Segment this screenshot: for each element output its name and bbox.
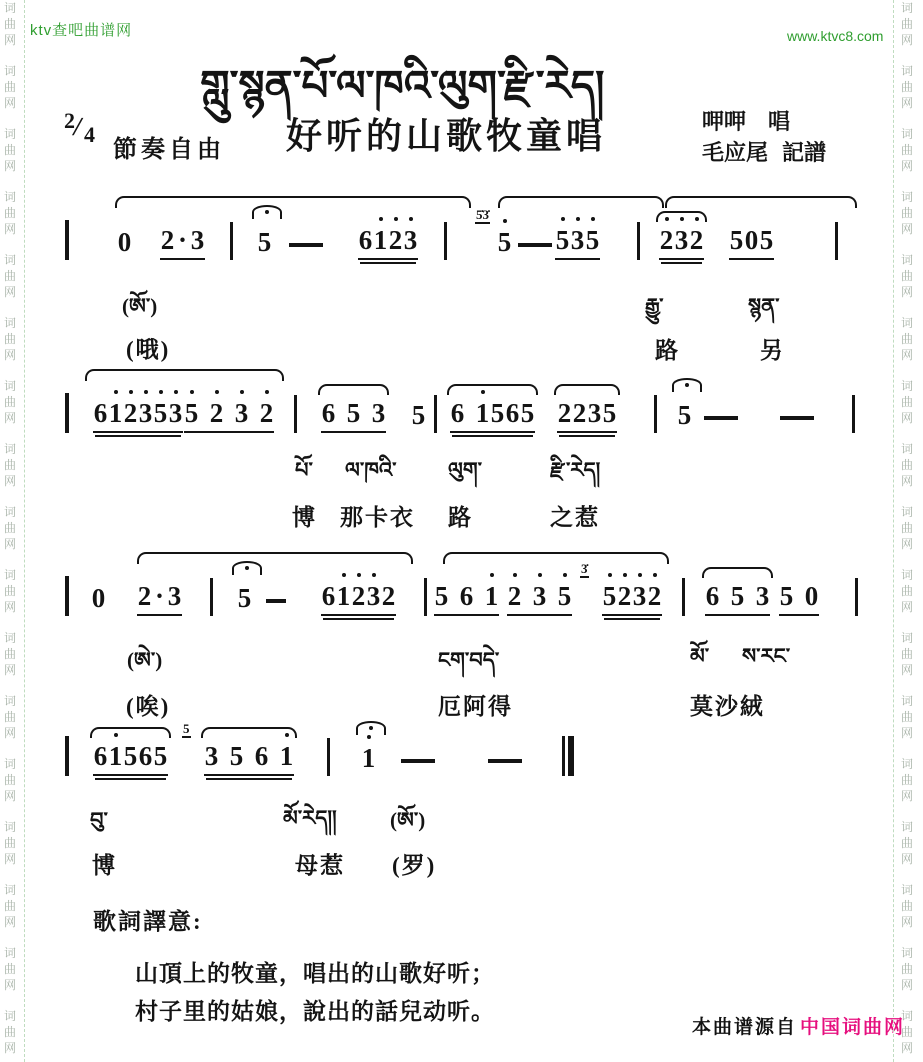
note-group: 6123 xyxy=(358,225,418,260)
note-digit: 1 xyxy=(108,398,123,428)
note-digit: 1 xyxy=(373,225,388,255)
note-space xyxy=(720,581,730,611)
octave-dot xyxy=(379,217,383,221)
note-digit: 0 xyxy=(91,583,106,613)
note-group: 61565 xyxy=(93,741,168,776)
note-digit: 5 xyxy=(520,398,535,428)
lyric-chinese: 厄阿得 xyxy=(438,688,513,721)
lyric-chinese: 母惹 xyxy=(295,847,345,880)
note-digit: 5 xyxy=(602,581,617,611)
watermark-text: 词曲网 xyxy=(901,315,923,363)
note-digit: 5 xyxy=(729,225,744,255)
watermark-text: 词曲网 xyxy=(4,819,24,867)
note-group: 5 xyxy=(257,227,272,260)
note-group: 6 5 3 xyxy=(321,398,386,433)
note-group: 6 5 3 xyxy=(705,581,770,616)
note-group: 2·3 xyxy=(160,225,205,260)
watermark-text: 词曲网 xyxy=(901,0,923,48)
note-space xyxy=(199,398,209,428)
phrase-slur xyxy=(115,196,471,208)
watermark-text: 词曲网 xyxy=(4,1008,24,1056)
note-group: 612353 xyxy=(93,398,183,433)
grace-notes: 5̇3̇ xyxy=(475,208,490,224)
note-digit: 5 xyxy=(759,225,774,255)
barline xyxy=(682,578,685,616)
note-digit: · xyxy=(152,581,167,611)
slur-arc xyxy=(90,727,171,738)
sustain-dash xyxy=(518,243,552,247)
lyric-tibetan: མོ་རེད།། xyxy=(283,795,337,854)
sheet-music-page: { "page": { "green": "#2f9e2f", "pink": … xyxy=(0,0,923,1062)
slur-arc xyxy=(702,567,773,578)
barline xyxy=(444,222,447,260)
octave-dot xyxy=(576,217,580,221)
note-space xyxy=(547,581,557,611)
octave-dot xyxy=(357,573,361,577)
note-digit: 3 xyxy=(403,225,418,255)
watermark-text: 词曲网 xyxy=(4,630,24,678)
note-group: 5 0 xyxy=(779,581,819,616)
lyric-tibetan: ལ་ཁའི་ xyxy=(345,447,397,506)
watermark-text: 词曲网 xyxy=(4,0,24,48)
watermark-text: 词曲网 xyxy=(901,756,923,804)
grace-notes: 3̇ xyxy=(580,562,589,578)
octave-dot xyxy=(680,217,684,221)
watermark-text: 词曲网 xyxy=(901,567,923,615)
barline xyxy=(852,395,855,433)
watermark-text: 词曲网 xyxy=(4,693,24,741)
note-digit: 1 xyxy=(279,741,294,771)
source-site-link[interactable]: 中国词曲网 xyxy=(800,1012,905,1039)
watermark-text: 词曲网 xyxy=(4,189,24,237)
sustain-dash xyxy=(401,759,435,763)
note-digit: 5 xyxy=(555,225,570,255)
note-digit: 6 xyxy=(459,581,474,611)
note-group: 0 xyxy=(117,227,132,260)
note-group: 6 1565 xyxy=(450,398,535,433)
watermark-text: 词曲网 xyxy=(4,315,24,363)
lyric-chinese: 路 xyxy=(448,499,473,532)
note-digit: 6 xyxy=(138,741,153,771)
note-digit: 5 xyxy=(490,398,505,428)
watermark-text: 词曲网 xyxy=(901,252,923,300)
note-digit: 6 xyxy=(93,741,108,771)
note-digit: 3 xyxy=(674,225,689,255)
note-digit: 5 xyxy=(184,398,199,428)
lyric-chinese: 博 xyxy=(292,499,317,532)
note-space xyxy=(244,741,254,771)
note-group: 61232 xyxy=(321,581,396,616)
note-digit: 0 xyxy=(804,581,819,611)
octave-dot xyxy=(174,390,178,394)
octave-dot xyxy=(342,573,346,577)
note-group: 535 xyxy=(555,225,600,260)
octave-dot xyxy=(114,390,118,394)
barline xyxy=(654,395,657,433)
note-space xyxy=(465,398,475,428)
note-digit: 2 xyxy=(381,581,396,611)
octave-dot xyxy=(608,573,612,577)
time-signature: 2 / 4 xyxy=(64,110,106,150)
barline xyxy=(855,578,858,616)
note-digit: 6 xyxy=(321,581,336,611)
note-digit: 1 xyxy=(108,741,123,771)
note-digit: 2 xyxy=(388,225,403,255)
octave-dot xyxy=(129,390,133,394)
watermark-text: 词曲网 xyxy=(901,441,923,489)
octave-dot xyxy=(623,573,627,577)
octave-dot xyxy=(409,217,413,221)
note-digit: 3 xyxy=(234,398,249,428)
watermark-text: 词曲网 xyxy=(901,1008,923,1056)
note-digit: 1 xyxy=(475,398,490,428)
note-space xyxy=(745,581,755,611)
note-group: 2 3 5 xyxy=(507,581,572,616)
octave-dot xyxy=(265,390,269,394)
credit-singer: 呷呷唱 xyxy=(702,106,826,137)
note-digit: 5 xyxy=(229,741,244,771)
octave-dot xyxy=(114,733,118,737)
note-group: 5 xyxy=(411,400,426,433)
note-digit: 2 xyxy=(137,581,152,611)
watermark-column-left: 词曲网词曲网词曲网词曲网词曲网词曲网词曲网词曲网词曲网词曲网词曲网词曲网词曲网词… xyxy=(0,0,25,1062)
note-digit: 5 xyxy=(153,398,168,428)
note-group: 232 xyxy=(659,225,704,260)
note-space xyxy=(474,581,484,611)
note-digit: 3 xyxy=(371,398,386,428)
music-system-1: 02·3561235̇3̇5535232505 xyxy=(65,212,875,260)
note-digit: 2 xyxy=(659,225,674,255)
lyric-tibetan: ས་རང་ xyxy=(742,633,790,692)
note-digit: 3 xyxy=(167,581,182,611)
lyric-tibetan: པོ་ xyxy=(295,447,313,506)
note-space xyxy=(449,581,459,611)
music-system-2: 6123535 2 3 26 5 356 156522355 xyxy=(65,385,875,433)
barline xyxy=(434,395,437,433)
lyric-chinese: 路 xyxy=(655,332,680,365)
watermark-text: 词曲网 xyxy=(901,63,923,111)
barline xyxy=(65,736,69,776)
sustain-dash xyxy=(266,599,286,603)
note-digit: 5 xyxy=(123,741,138,771)
octave-dot xyxy=(513,573,517,577)
watermark-text: 词曲网 xyxy=(4,63,24,111)
watermark-column-right: 词曲网词曲网词曲网词曲网词曲网词曲网词曲网词曲网词曲网词曲网词曲网词曲网词曲网词… xyxy=(893,0,923,1062)
lyric-chinese: 那卡衣 xyxy=(340,499,415,532)
phrase-slur xyxy=(85,369,284,381)
phrase-slur xyxy=(498,196,664,208)
note-digit: 5 xyxy=(411,400,426,430)
lyric-tibetan: རྫི་རེད། xyxy=(550,447,600,506)
lyric-chinese: (罗) xyxy=(392,847,436,880)
note-group: 2235 xyxy=(557,398,617,433)
note-digit: 5 xyxy=(434,581,449,611)
octave-dot xyxy=(638,573,642,577)
note-digit: 2 xyxy=(351,581,366,611)
barline xyxy=(230,222,233,260)
lyric-tibetan: ལུག་ xyxy=(448,447,482,506)
final-barline xyxy=(562,736,574,776)
phrase-slur xyxy=(665,196,857,208)
site-url-link[interactable]: www.ktvc8.com xyxy=(787,28,883,44)
credit-notator: 毛应尾記譜 xyxy=(702,137,826,168)
watermark-text: 词曲网 xyxy=(4,252,24,300)
note-digit: 5 xyxy=(257,227,272,257)
site-name-link[interactable]: ktv查吧曲谱网 xyxy=(30,22,132,40)
octave-dot xyxy=(563,573,567,577)
octave-dot xyxy=(367,735,371,739)
barline xyxy=(65,576,69,616)
watermark-text: 词曲网 xyxy=(4,126,24,174)
octave-dot xyxy=(665,217,669,221)
note-space xyxy=(336,398,346,428)
lyric-chinese: 之惹 xyxy=(550,499,600,532)
note-digit: 5 xyxy=(497,227,512,257)
note-digit: 6 xyxy=(450,398,465,428)
octave-dot xyxy=(481,390,485,394)
note-space xyxy=(249,398,259,428)
barline xyxy=(424,578,427,616)
note-digit: 6 xyxy=(358,225,373,255)
note-digit: 2 xyxy=(572,398,587,428)
note-digit: 3 xyxy=(570,225,585,255)
octave-dot xyxy=(144,390,148,394)
note-digit: 5 xyxy=(779,581,794,611)
watermark-text: 词曲网 xyxy=(901,693,923,741)
octave-dot xyxy=(538,573,542,577)
note-digit: 2 xyxy=(123,398,138,428)
octave-dot xyxy=(561,217,565,221)
barline xyxy=(835,222,838,260)
note-digit: 2 xyxy=(647,581,662,611)
note-group: 2·3 xyxy=(137,581,182,616)
octave-dot xyxy=(190,390,194,394)
source-prefix: 本曲谱源自 xyxy=(692,1012,797,1039)
octave-dot xyxy=(240,390,244,394)
barline xyxy=(294,395,297,433)
watermark-text: 词曲网 xyxy=(901,882,923,930)
note-digit: 5 xyxy=(557,581,572,611)
note-digit: 0 xyxy=(117,227,132,257)
note-group: 1 xyxy=(361,743,376,776)
note-digit: 2 xyxy=(259,398,274,428)
watermark-text: 词曲网 xyxy=(901,126,923,174)
note-space xyxy=(219,741,229,771)
watermark-text: 词曲网 xyxy=(901,189,923,237)
lyric-chinese: 博 xyxy=(92,847,117,880)
note-digit: 3 xyxy=(190,225,205,255)
note-digit: 1 xyxy=(484,581,499,611)
translation-line-2: 村子里的姑娘，說出的話兒动听。 xyxy=(135,993,495,1026)
note-digit: 5 xyxy=(153,741,168,771)
watermark-text: 词曲网 xyxy=(901,378,923,426)
octave-dot xyxy=(695,217,699,221)
octave-dot xyxy=(503,219,507,223)
slur-arc xyxy=(447,384,538,395)
note-digit: 0 xyxy=(744,225,759,255)
watermark-text: 词曲网 xyxy=(4,756,24,804)
translation-line-1: 山頂上的牧童，唱出的山歌好听； xyxy=(135,955,495,988)
fermata xyxy=(232,561,262,575)
note-digit: 6 xyxy=(93,398,108,428)
lyric-chinese: 另 xyxy=(760,332,785,365)
octave-dot xyxy=(159,390,163,394)
note-digit: 3 xyxy=(204,741,219,771)
slur-arc xyxy=(318,384,389,395)
octave-dot xyxy=(490,573,494,577)
fermata xyxy=(672,378,702,392)
watermark-text: 词曲网 xyxy=(4,882,24,930)
note-group: 5 xyxy=(237,583,252,616)
note-digit: 1 xyxy=(361,743,376,773)
lyric-chinese: 莫沙絨 xyxy=(690,688,765,721)
tempo-marking: 節奏自由 xyxy=(113,129,225,164)
time-signature-denominator: 4 xyxy=(84,122,95,148)
grace-notes: 5 xyxy=(182,722,191,738)
barline xyxy=(65,220,69,260)
slur-arc xyxy=(554,384,620,395)
watermark-text: 词曲网 xyxy=(4,945,24,993)
note-space xyxy=(224,398,234,428)
fermata xyxy=(356,721,386,735)
note-digit: 2 xyxy=(557,398,572,428)
sustain-dash xyxy=(780,416,814,420)
sustain-dash xyxy=(704,416,738,420)
music-system-3: 02·35612325 6 12 3 53̇52326 5 35 0 xyxy=(65,568,875,616)
watermark-text: 词曲网 xyxy=(901,945,923,993)
note-digit: 3 xyxy=(532,581,547,611)
watermark-text: 词曲网 xyxy=(4,378,24,426)
note-group: 0 xyxy=(91,583,106,616)
note-digit: 3 xyxy=(138,398,153,428)
watermark-text: 词曲网 xyxy=(901,819,923,867)
note-digit: 2 xyxy=(617,581,632,611)
note-space xyxy=(269,741,279,771)
sustain-dash xyxy=(289,243,323,247)
octave-dot xyxy=(372,573,376,577)
note-group: 5̇3̇5 xyxy=(497,227,512,260)
note-digit: 6 xyxy=(254,741,269,771)
slur-arc xyxy=(201,727,297,738)
note-digit: 6 xyxy=(321,398,336,428)
note-space xyxy=(522,581,532,611)
lyrics-translation-heading: 歌詞譯意: xyxy=(93,903,203,936)
lyric-chinese: (哦) xyxy=(126,331,170,364)
note-digit: 2 xyxy=(160,225,175,255)
watermark-text: 词曲网 xyxy=(901,504,923,552)
note-digit: 2 xyxy=(689,225,704,255)
note-space xyxy=(361,398,371,428)
song-title: 好听的山歌牧童唱 xyxy=(286,108,606,159)
note-group: 53 5 6 1 xyxy=(204,741,294,776)
note-digit: 3 xyxy=(755,581,770,611)
note-group: 5 xyxy=(677,400,692,433)
note-digit: · xyxy=(175,225,190,255)
note-digit: 1 xyxy=(336,581,351,611)
note-digit: 6 xyxy=(705,581,720,611)
barline xyxy=(65,393,69,433)
watermark-text: 词曲网 xyxy=(901,630,923,678)
barline xyxy=(210,578,213,616)
watermark-text: 词曲网 xyxy=(4,504,24,552)
note-digit: 2 xyxy=(507,581,522,611)
note-digit: 3 xyxy=(168,398,183,428)
octave-dot xyxy=(215,390,219,394)
note-group: 5 2 3 2 xyxy=(184,398,274,433)
octave-dot xyxy=(591,217,595,221)
note-digit: 5 xyxy=(730,581,745,611)
phrase-slur xyxy=(443,552,669,564)
lyric-tibetan: མོ་ xyxy=(690,633,709,692)
note-digit: 5 xyxy=(677,400,692,430)
note-digit: 5 xyxy=(585,225,600,255)
note-digit: 3 xyxy=(366,581,381,611)
note-group: 505 xyxy=(729,225,774,260)
note-group: 3̇5232 xyxy=(602,581,662,616)
note-digit: 5 xyxy=(237,583,252,613)
lyric-chinese: (唉) xyxy=(126,688,170,721)
octave-dot xyxy=(285,733,289,737)
note-digit: 3 xyxy=(632,581,647,611)
music-system-4: 6156553 5 6 11 xyxy=(65,728,875,776)
sustain-dash xyxy=(488,759,522,763)
note-digit: 5 xyxy=(602,398,617,428)
note-digit: 2 xyxy=(209,398,224,428)
barline xyxy=(637,222,640,260)
note-digit: 5 xyxy=(346,398,361,428)
watermark-text: 词曲网 xyxy=(4,567,24,615)
note-digit: 6 xyxy=(505,398,520,428)
phrase-slur xyxy=(137,552,413,564)
credits: 呷呷唱 毛应尾記譜 xyxy=(702,106,826,168)
watermark-text: 词曲网 xyxy=(4,441,24,489)
barline xyxy=(327,738,330,776)
fermata xyxy=(252,205,282,219)
note-space xyxy=(794,581,804,611)
octave-dot xyxy=(394,217,398,221)
note-digit: 3 xyxy=(587,398,602,428)
octave-dot xyxy=(653,573,657,577)
note-group: 5 6 1 xyxy=(434,581,499,616)
